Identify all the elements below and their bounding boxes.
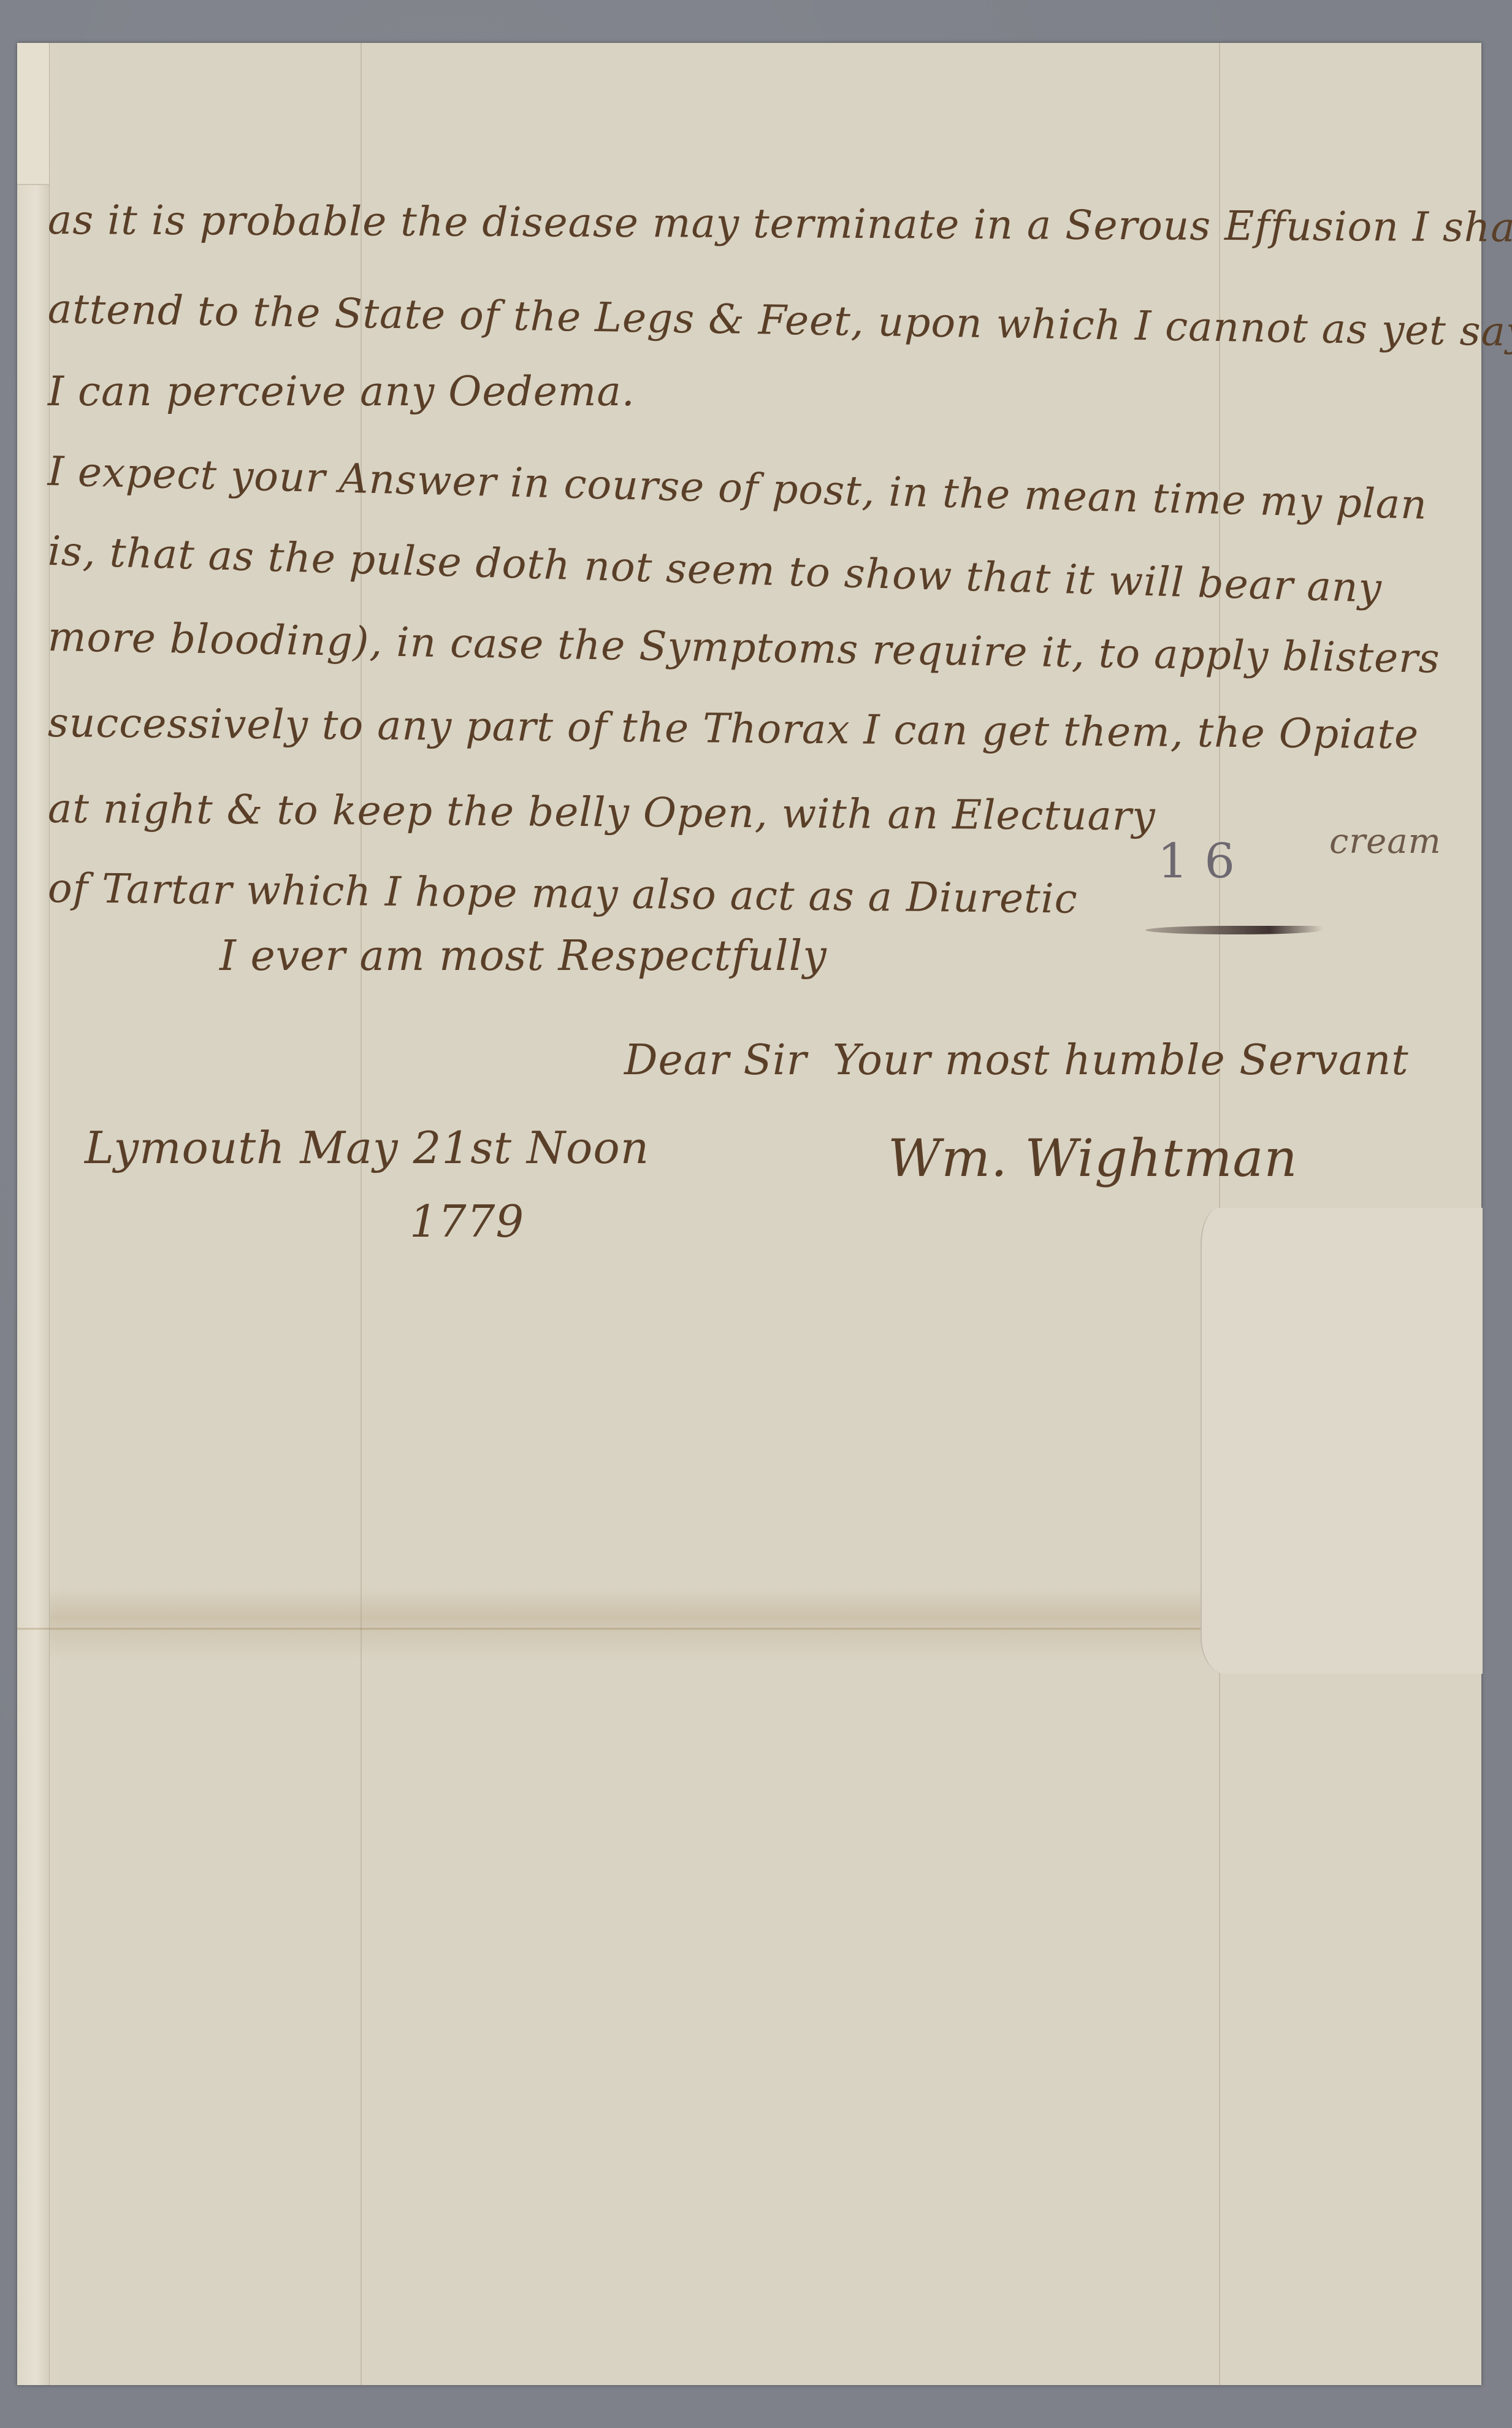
- salutation: Dear Sir: [624, 1036, 807, 1085]
- body-line: I expect your Answer in course of post, …: [47, 448, 1428, 529]
- closing-line: I ever am most Respectfully: [220, 932, 827, 980]
- body-line: more blooding), in case the Symptoms req…: [47, 613, 1440, 682]
- torn-edge: [17, 43, 49, 185]
- dateline: Lymouth May 21st Noon: [85, 1122, 649, 1174]
- paper-repair-patch: [1201, 1208, 1483, 1674]
- binding-strip: [17, 43, 50, 2385]
- ink-flourish: [1145, 926, 1323, 934]
- letter-sheet: as it is probable the disease may termin…: [17, 43, 1481, 2385]
- body-line: successively to any part of the Thorax I…: [48, 699, 1419, 758]
- body-line: attend to the State of the Legs & Feet, …: [47, 285, 1512, 356]
- body-line: at night & to keep the belly Open, with …: [48, 785, 1156, 840]
- marginal-note: cream: [1329, 822, 1441, 861]
- body-line: of Tartar which I hope may also act as a…: [48, 865, 1079, 923]
- dateline-year: 1779: [410, 1196, 524, 1247]
- signature: Wm. Wightman: [888, 1128, 1298, 1188]
- body-line: I can perceive any Oedema.: [48, 368, 635, 415]
- pencil-note: 1 6: [1158, 834, 1235, 889]
- body-line: is, that as the pulse doth not seem to s…: [47, 527, 1383, 612]
- body-line: as it is probable the disease may termin…: [48, 196, 1512, 251]
- valediction: Your most humble Servant: [833, 1036, 1409, 1085]
